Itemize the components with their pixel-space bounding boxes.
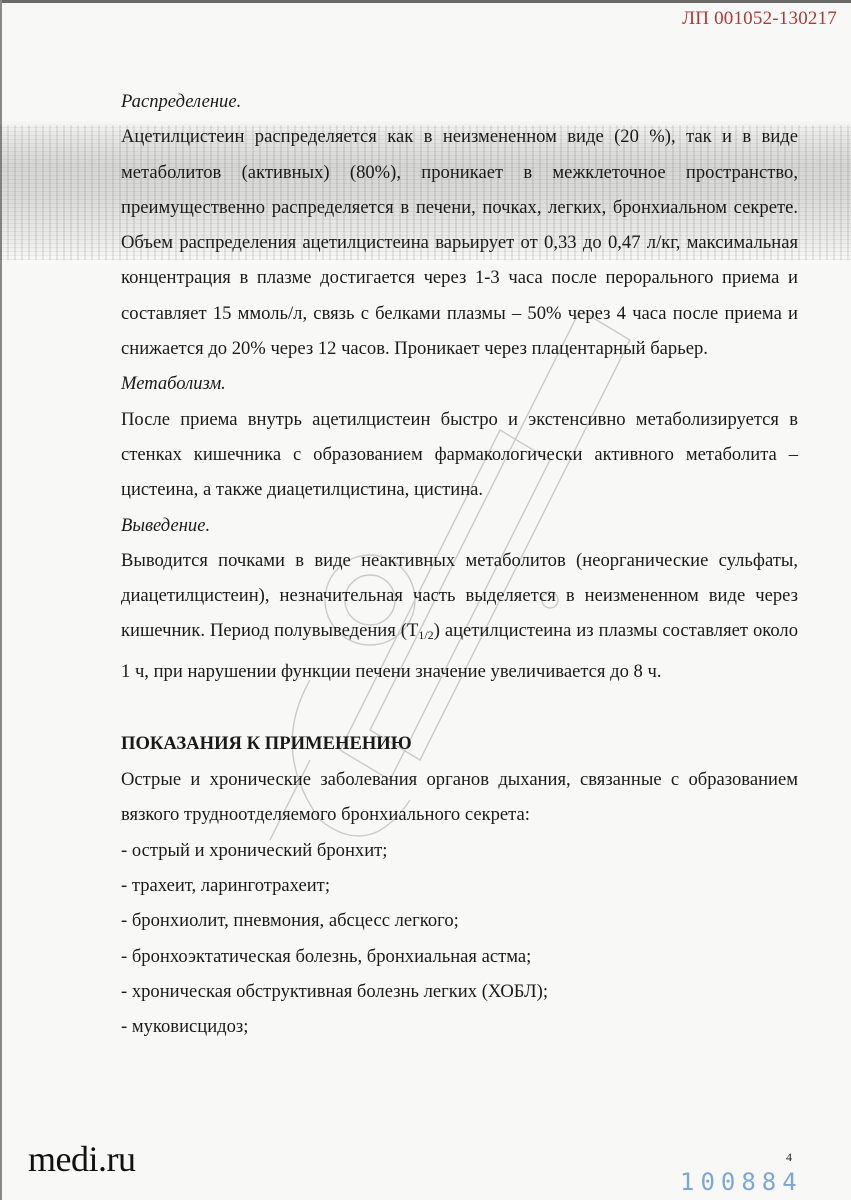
subheading-excretion: Выведение.: [121, 508, 798, 543]
scan-left-edge: [0, 0, 2, 1200]
indication-item: - бронхиолит, пневмония, абсцесс легкого…: [121, 903, 798, 938]
stamp-number: 100884: [680, 1168, 803, 1196]
indication-item: - острый и хронический бронхит;: [121, 833, 798, 868]
indication-item: - трахеит, ларинготрахеит;: [121, 868, 798, 903]
section-title-indications: ПОКАЗАНИЯ К ПРИМЕНЕНИЮ: [121, 726, 798, 762]
paragraph-excretion: Выводится почками в виде неактивных мета…: [121, 543, 798, 689]
paragraph-metabolism: После приема внутрь ацетилцистеин быстро…: [121, 402, 798, 508]
paragraph-distribution: Ацетилцистеин распределяется как в неизм…: [121, 119, 798, 366]
paragraph-indications-intro: Острые и хронические заболевания органов…: [121, 762, 798, 833]
scanned-document-page: ЛП 001052-130217 Распределение. Ацетилци…: [0, 0, 851, 1200]
subheading-metabolism: Метаболизм.: [121, 366, 798, 401]
indication-item: - хроническая обструктивная болезнь легк…: [121, 974, 798, 1009]
registration-number: ЛП 001052-130217: [682, 8, 837, 30]
page-number: 4: [786, 1150, 792, 1165]
subheading-distribution: Распределение.: [121, 84, 798, 119]
half-life-subscript: 1/2: [418, 628, 433, 642]
document-body: Распределение. Ацетилцистеин распределяе…: [121, 84, 798, 1044]
indication-item: - муковисцидоз;: [121, 1009, 798, 1044]
site-logo: medi.ru: [28, 1138, 135, 1180]
indication-item: - бронхоэктатическая болезнь, бронхиальн…: [121, 939, 798, 974]
scan-top-edge: [0, 0, 851, 3]
